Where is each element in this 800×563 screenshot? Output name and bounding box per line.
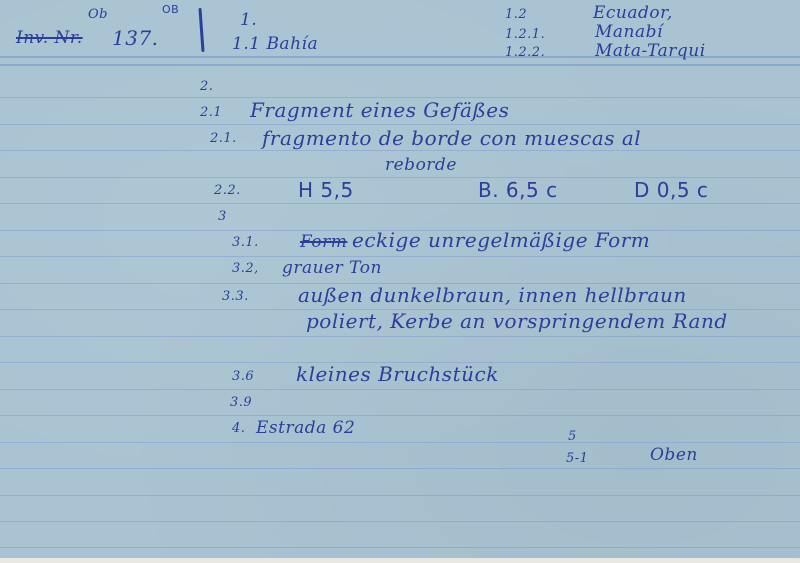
ruled-line — [0, 495, 800, 496]
ruled-line — [0, 442, 800, 443]
section-1: 1. — [240, 12, 257, 29]
entry-2-2-breadth: B. 6,5 c — [478, 180, 558, 200]
entry-2-1-num: 2.1 — [200, 106, 222, 119]
ruled-line — [0, 124, 800, 125]
entry-2-1b-text: fragmento de borde con muescas al — [262, 128, 641, 148]
entry-3-2-text: grauer Ton — [282, 260, 382, 277]
ruled-line — [0, 389, 800, 390]
entry-3-3-num: 3.3. — [222, 290, 249, 303]
ruled-line — [0, 64, 800, 66]
entry-3-2-num: 3.2, — [232, 262, 259, 275]
section-1-2-value: Ecuador, — [593, 5, 673, 22]
ruled-line — [0, 468, 800, 469]
section-1-2-2-value: Mata-Tarqui — [595, 43, 706, 60]
vertical-pen-stroke — [198, 8, 204, 52]
entry-3: 3 — [218, 210, 227, 223]
entry-5-num: 5 — [568, 430, 577, 443]
index-card: Ob OB Inv. Nr. 137. 1. 1.1 Bahía 1.2 Ecu… — [0, 0, 800, 558]
entry-3-3-cont: poliert, Kerbe an vorspringendem Rand — [306, 311, 728, 331]
entry-2-1b-cont: reborde — [385, 157, 457, 174]
section-1-2-2-num: 1.2.2. — [505, 46, 545, 59]
ruled-line — [0, 547, 800, 548]
ruled-line — [0, 415, 800, 416]
ruled-line — [0, 256, 800, 257]
entry-2-2-depth: D 0,5 c — [634, 180, 708, 200]
entry-3-1-text: eckige unregelmäßige Form — [352, 230, 650, 250]
inventory-number: 137. — [112, 28, 159, 48]
entry-3-1-num: 3.1. — [232, 236, 259, 249]
section-1-2-1-num: 1.2.1. — [505, 28, 545, 41]
section-1-1: 1.1 Bahía — [232, 36, 318, 53]
ruled-line — [0, 150, 800, 151]
entry-3-6-text: kleines Bruchstück — [296, 364, 499, 384]
entry-3-9-num: 3.9 — [230, 396, 252, 409]
entry-5-1-text: Oben — [650, 447, 698, 464]
entry-2-2-height: H 5,5 — [298, 180, 354, 200]
ruled-line — [0, 336, 800, 337]
entry-2-1-text: Fragment eines Gefäßes — [250, 100, 509, 120]
entry-3-6-num: 3.6 — [232, 370, 254, 383]
scan-bottom-edge — [0, 558, 800, 563]
entry-2-2-num: 2.2. — [214, 184, 241, 197]
superscript-ob: Ob — [88, 8, 108, 21]
entry-3-1-struck: Form — [300, 234, 347, 251]
inventory-label-struck: Inv. Nr. — [16, 30, 83, 47]
entry-2: 2. — [200, 80, 213, 93]
ruled-line — [0, 521, 800, 522]
entry-4-num: 4. — [232, 422, 245, 435]
section-1-2-1-value: Manabí — [595, 24, 663, 41]
superscript-ob-right: OB — [162, 4, 179, 15]
ruled-line — [0, 203, 800, 204]
entry-3-3-text: außen dunkelbraun, innen hellbraun — [298, 285, 687, 305]
section-1-2-num: 1.2 — [505, 8, 527, 21]
entry-5-1-num: 5-1 — [566, 452, 588, 465]
entry-4-text: Estrada 62 — [256, 420, 355, 437]
entry-2-1b-num: 2.1. — [210, 132, 237, 145]
